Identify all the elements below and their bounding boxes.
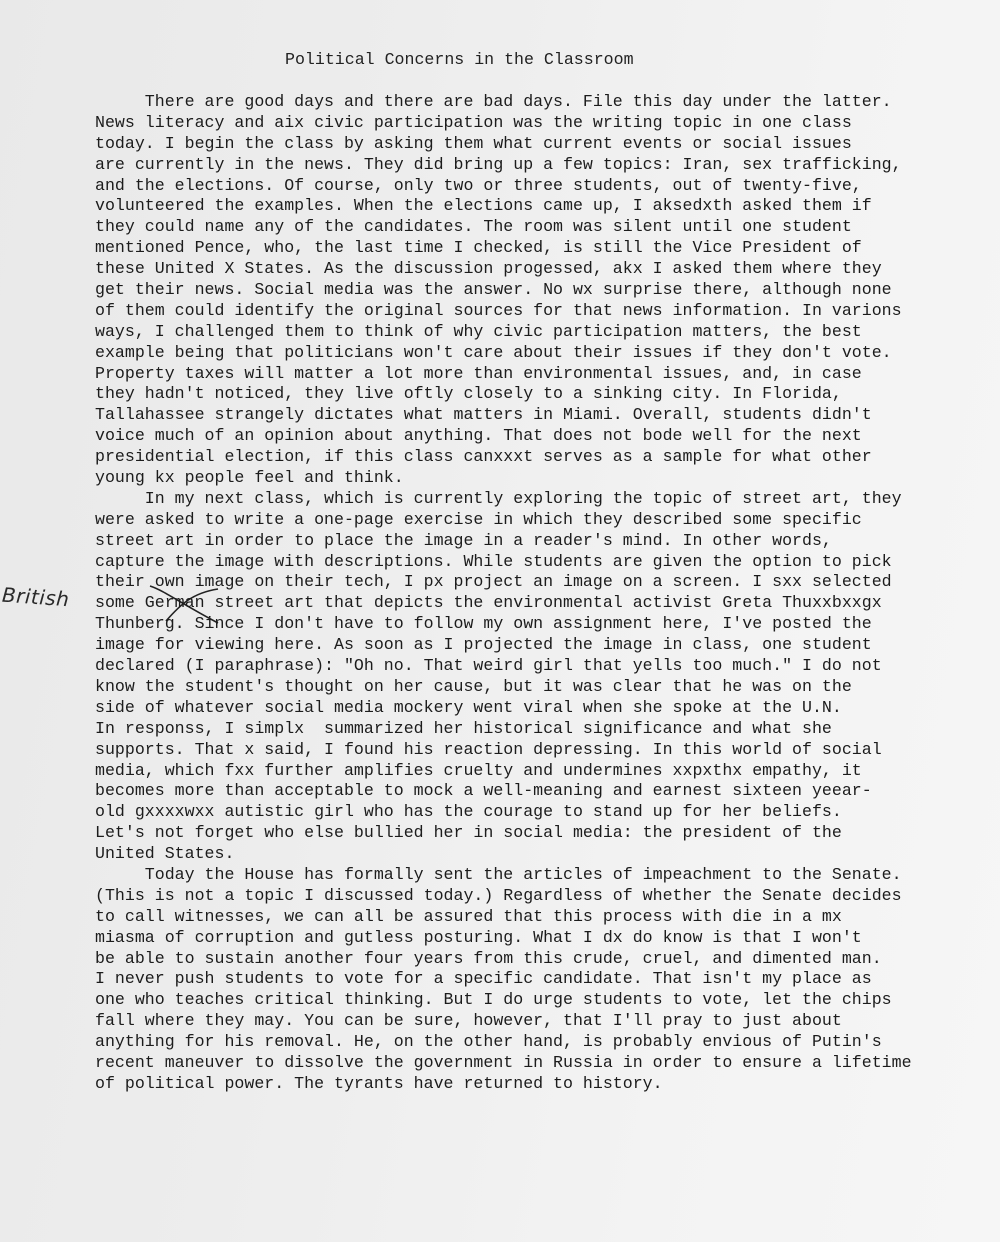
text-line: young kx people feel and think.	[95, 468, 975, 489]
text-line: There are good days and there are bad da…	[95, 92, 975, 113]
text-line: are currently in the news. They did brin…	[95, 155, 975, 176]
text-line: street art in order to place the image i…	[95, 531, 975, 552]
text-line: today. I begin the class by asking them …	[95, 134, 975, 155]
text-line: these United X States. As the discussion…	[95, 259, 975, 280]
text-line: fall where they may. You can be sure, ho…	[95, 1011, 975, 1032]
text-line: Let's not forget who else bullied her in…	[95, 823, 975, 844]
text-line: supports. That x said, I found his react…	[95, 740, 975, 761]
text-line: of them could identify the original sour…	[95, 301, 975, 322]
text-line: volunteered the examples. When the elect…	[95, 196, 975, 217]
text-line: get their news. Social media was the ans…	[95, 280, 975, 301]
text-line: United States.	[95, 844, 975, 865]
text-line: Today the House has formally sent the ar…	[95, 865, 975, 886]
document-title: Political Concerns in the Classroom	[285, 49, 634, 70]
text-line: voice much of an opinion about anything.…	[95, 426, 975, 447]
text-line: recent maneuver to dissolve the governme…	[95, 1053, 975, 1074]
text-line: side of whatever social media mockery we…	[95, 698, 975, 719]
text-line: old gxxxxwxx autistic girl who has the c…	[95, 802, 975, 823]
text-line: miasma of corruption and gutless posturi…	[95, 928, 975, 949]
text-line: In my next class, which is currently exp…	[95, 489, 975, 510]
text-line: presidential election, if this class can…	[95, 447, 975, 468]
text-line: image for viewing here. As soon as I pro…	[95, 635, 975, 656]
text-line: they could name any of the candidates. T…	[95, 217, 975, 238]
document-body: There are good days and there are bad da…	[95, 92, 975, 1095]
text-line: mentioned Pence, who, the last time I ch…	[95, 238, 975, 259]
text-line: one who teaches critical thinking. But I…	[95, 990, 975, 1011]
text-line: example being that politicians won't car…	[95, 343, 975, 364]
text-line: some German street art that depicts the …	[95, 593, 975, 614]
text-line: they hadn't noticed, they live oftly clo…	[95, 384, 975, 405]
text-line: to call witnesses, we can all be assured…	[95, 907, 975, 928]
text-line: becomes more than acceptable to mock a w…	[95, 781, 975, 802]
text-line: media, which fxx further amplifies cruel…	[95, 761, 975, 782]
text-line: be able to sustain another four years fr…	[95, 949, 975, 970]
text-line: In responss, I simplx summarized her his…	[95, 719, 975, 740]
text-line: Property taxes will matter a lot more th…	[95, 364, 975, 385]
handwritten-annotation: British	[1, 583, 70, 612]
text-line: of political power. The tyrants have ret…	[95, 1074, 975, 1095]
typewritten-page: Political Concerns in the Classroom Brit…	[0, 0, 1000, 1242]
text-line: were asked to write a one-page exercise …	[95, 510, 975, 531]
text-line: ways, I challenged them to think of why …	[95, 322, 975, 343]
text-line: declared (I paraphrase): "Oh no. That we…	[95, 656, 975, 677]
text-line: Thunberg. Since I don't have to follow m…	[95, 614, 975, 635]
text-line: their own image on their tech, I px proj…	[95, 572, 975, 593]
text-line: (This is not a topic I discussed today.)…	[95, 886, 975, 907]
text-line: I never push students to vote for a spec…	[95, 969, 975, 990]
text-line: anything for his removal. He, on the oth…	[95, 1032, 975, 1053]
text-line: know the student's thought on her cause,…	[95, 677, 975, 698]
text-line: Tallahassee strangely dictates what matt…	[95, 405, 975, 426]
text-line: and the elections. Of course, only two o…	[95, 176, 975, 197]
text-line: capture the image with descriptions. Whi…	[95, 552, 975, 573]
text-line: News literacy and aix civic participatio…	[95, 113, 975, 134]
